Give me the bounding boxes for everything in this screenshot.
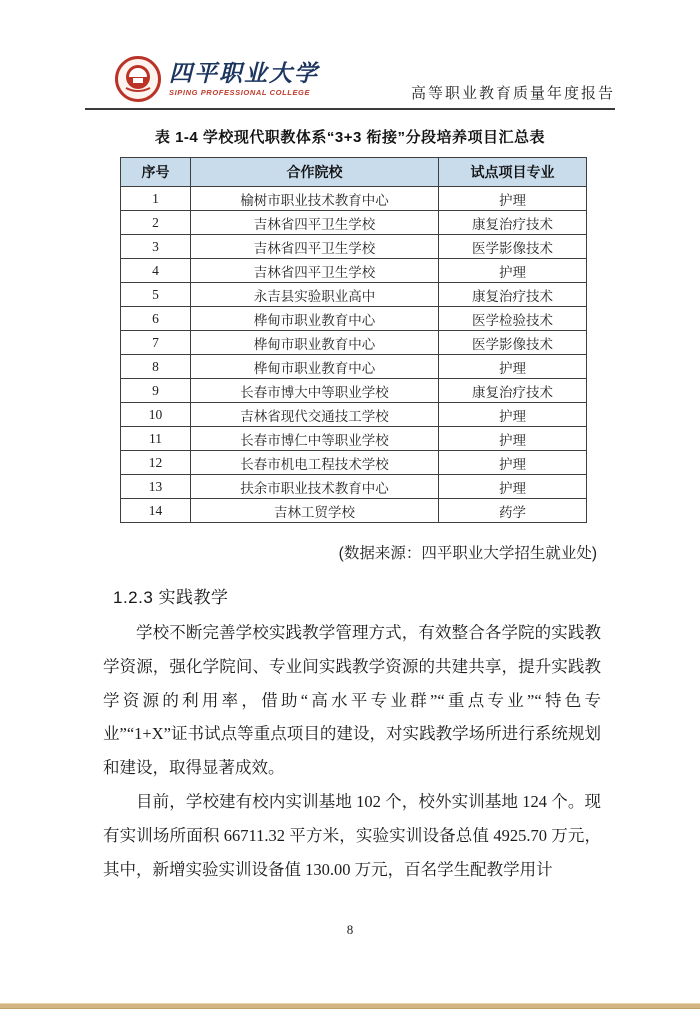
partner-school: 扶余市职业技术教育中心 [191, 475, 439, 499]
partner-school: 吉林工贸学校 [191, 499, 439, 523]
pilot-major: 医学影像技术 [439, 235, 587, 259]
college-seal-icon [115, 56, 161, 102]
partner-school: 永吉县实验职业高中 [191, 283, 439, 307]
row-number: 11 [121, 427, 191, 451]
pilot-major: 护理 [439, 427, 587, 451]
pilot-major: 康复治疗技术 [439, 379, 587, 403]
row-number: 2 [121, 211, 191, 235]
table-row: 4吉林省四平卫生学校护理 [121, 259, 587, 283]
table-title: 表 1-4 学校现代职教体系“3+3 衔接”分段培养项目汇总表 [0, 126, 700, 147]
table-row: 12长春市机电工程技术学校护理 [121, 451, 587, 475]
partner-school: 长春市机电工程技术学校 [191, 451, 439, 475]
table-row: 2吉林省四平卫生学校康复治疗技术 [121, 211, 587, 235]
table-row: 13扶余市职业技术教育中心护理 [121, 475, 587, 499]
row-number: 5 [121, 283, 191, 307]
pilot-major: 护理 [439, 187, 587, 211]
footer-band [0, 1003, 700, 1009]
partner-school: 吉林省四平卫生学校 [191, 211, 439, 235]
row-number: 7 [121, 331, 191, 355]
pilot-major: 护理 [439, 451, 587, 475]
table-header-row: 序号 合作院校 试点项目专业 [121, 158, 587, 187]
table-row: 14吉林工贸学校药学 [121, 499, 587, 523]
row-number: 9 [121, 379, 191, 403]
table-row: 7桦甸市职业教育中心医学影像技术 [121, 331, 587, 355]
row-number: 4 [121, 259, 191, 283]
college-name-en: SIPING PROFESSIONAL COLLEGE [169, 88, 319, 97]
table-row: 8桦甸市职业教育中心护理 [121, 355, 587, 379]
table-row: 9长春市博大中等职业学校康复治疗技术 [121, 379, 587, 403]
partner-school: 桦甸市职业教育中心 [191, 307, 439, 331]
paragraph: 学校不断完善学校实践教学管理方式，有效整合各学院的实践教学资源，强化学院间、专业… [103, 616, 601, 785]
pilot-major: 医学影像技术 [439, 331, 587, 355]
pilot-major: 药学 [439, 499, 587, 523]
page-number: 8 [0, 922, 700, 938]
table-row: 1榆树市职业技术教育中心护理 [121, 187, 587, 211]
paragraph: 目前，学校建有校内实训基地 102 个，校外实训基地 124 个。现有实训场所面… [103, 785, 601, 886]
column-header-school: 合作院校 [191, 158, 439, 187]
college-logo: 四平职业大学 SIPING PROFESSIONAL COLLEGE [115, 56, 319, 108]
logo-text: 四平职业大学 SIPING PROFESSIONAL COLLEGE [169, 62, 319, 97]
college-name-cn: 四平职业大学 [169, 62, 319, 85]
partner-school: 榆树市职业技术教育中心 [191, 187, 439, 211]
row-number: 6 [121, 307, 191, 331]
column-header-major: 试点项目专业 [439, 158, 587, 187]
body-text: 学校不断完善学校实践教学管理方式，有效整合各学院的实践教学资源，强化学院间、专业… [103, 616, 601, 887]
column-header-no: 序号 [121, 158, 191, 187]
pilot-major: 医学检验技术 [439, 307, 587, 331]
pilot-major: 护理 [439, 403, 587, 427]
partner-school: 长春市博仁中等职业学校 [191, 427, 439, 451]
row-number: 13 [121, 475, 191, 499]
partner-school: 吉林省现代交通技工学校 [191, 403, 439, 427]
cooperation-table: 序号 合作院校 试点项目专业 1榆树市职业技术教育中心护理2吉林省四平卫生学校康… [120, 157, 587, 523]
partner-school: 吉林省四平卫生学校 [191, 259, 439, 283]
row-number: 1 [121, 187, 191, 211]
pilot-major: 康复治疗技术 [439, 283, 587, 307]
table-row: 10吉林省现代交通技工学校护理 [121, 403, 587, 427]
report-title: 高等职业教育质量年度报告 [411, 82, 615, 108]
row-number: 8 [121, 355, 191, 379]
row-number: 12 [121, 451, 191, 475]
partner-school: 长春市博大中等职业学校 [191, 379, 439, 403]
partner-school: 桦甸市职业教育中心 [191, 355, 439, 379]
pilot-major: 护理 [439, 355, 587, 379]
partner-school: 桦甸市职业教育中心 [191, 331, 439, 355]
partner-school: 吉林省四平卫生学校 [191, 235, 439, 259]
table-row: 11长春市博仁中等职业学校护理 [121, 427, 587, 451]
page-header: 四平职业大学 SIPING PROFESSIONAL COLLEGE 高等职业教… [85, 54, 615, 110]
row-number: 3 [121, 235, 191, 259]
table-row: 5永吉县实验职业高中康复治疗技术 [121, 283, 587, 307]
table-row: 6桦甸市职业教育中心医学检验技术 [121, 307, 587, 331]
pilot-major: 护理 [439, 475, 587, 499]
row-number: 10 [121, 403, 191, 427]
pilot-major: 护理 [439, 259, 587, 283]
data-source-note: (数据来源：四平职业大学招生就业处) [85, 541, 597, 563]
section-heading: 1.2.3 实践教学 [113, 583, 229, 608]
table-body: 1榆树市职业技术教育中心护理2吉林省四平卫生学校康复治疗技术3吉林省四平卫生学校… [121, 187, 587, 523]
row-number: 14 [121, 499, 191, 523]
pilot-major: 康复治疗技术 [439, 211, 587, 235]
table-row: 3吉林省四平卫生学校医学影像技术 [121, 235, 587, 259]
